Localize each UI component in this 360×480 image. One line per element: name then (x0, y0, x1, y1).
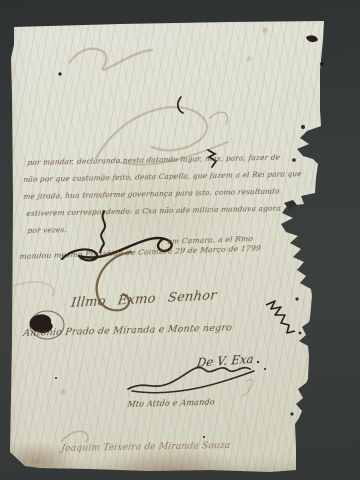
manuscript-body-line-5: por vezes. (27, 225, 68, 235)
manuscript-photo: por mandar, declarando nesta datando lug… (0, 0, 360, 480)
